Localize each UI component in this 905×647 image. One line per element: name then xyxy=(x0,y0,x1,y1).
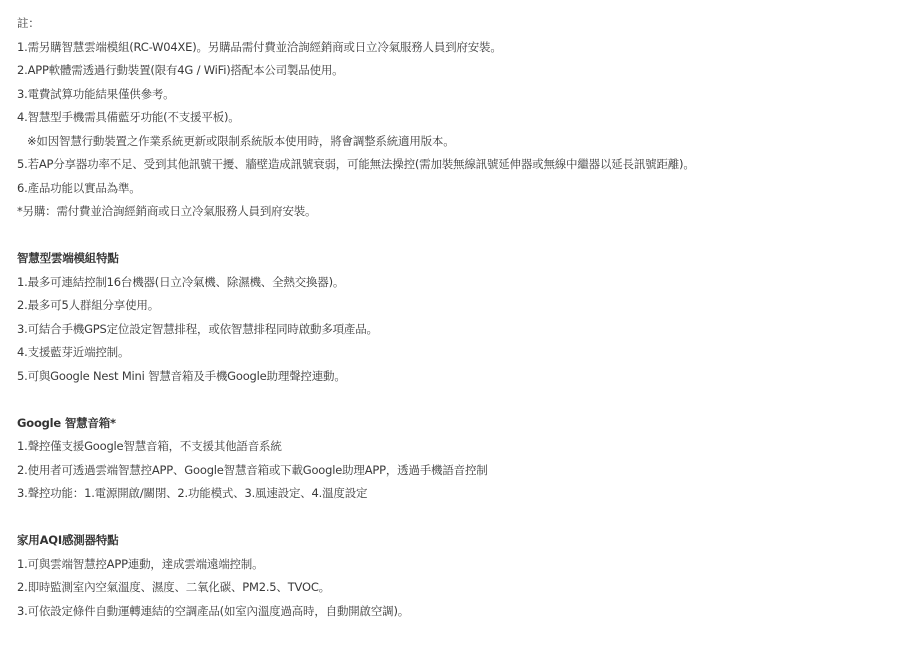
note-item: 4.智慧型手機需具備藍牙功能(不支援平板)。 xyxy=(17,106,905,130)
note-item: 5.若AP分享器功率不足、受到其他訊號干擾、牆壁造成訊號衰弱，可能無法操控(需加… xyxy=(17,153,905,177)
section-spacer xyxy=(17,388,905,412)
note-subitem: ※如因智慧行動裝置之作業系統更新或限制系統版本使用時，將會調整系統適用版本。 xyxy=(17,130,905,154)
feature-item: 3.聲控功能：1.電源開啟/關閉、2.功能模式、3.風速設定、4.溫度設定 xyxy=(17,482,905,506)
feature-item: 1.聲控僅支援Google智慧音箱，不支援其他語音系統 xyxy=(17,435,905,459)
section-spacer xyxy=(17,224,905,248)
feature-item: 2.即時監測室內空氣溫度、濕度、二氧化碳、PM2.5、TVOC。 xyxy=(17,576,905,600)
note-item: 6.產品功能以實品為準。 xyxy=(17,177,905,201)
notes-title: 註： xyxy=(17,12,905,36)
feature-item: 3.可依設定條件自動運轉連結的空調產品(如室內溫度過高時，自動開啟空調)。 xyxy=(17,600,905,624)
note-item: 2.APP軟體需透過行動裝置(限有4G / WiFi)搭配本公司製品使用。 xyxy=(17,59,905,83)
feature-item: 2.最多可5人群組分享使用。 xyxy=(17,294,905,318)
feature-item: 5.可與Google Nest Mini 智慧音箱及手機Google助理聲控連動… xyxy=(17,365,905,389)
product-notes-document: 註： 1.需另購智慧雲端模組(RC-W04XE)。另購品需付費並洽詢經銷商或日立… xyxy=(0,0,905,623)
feature-item: 1.可與雲端智慧控APP連動，達成雲端遠端控制。 xyxy=(17,553,905,577)
note-item: 1.需另購智慧雲端模組(RC-W04XE)。另購品需付費並洽詢經銷商或日立冷氣服… xyxy=(17,36,905,60)
feature-item: 4.支援藍芽近端控制。 xyxy=(17,341,905,365)
note-item: 3.電費試算功能結果僅供參考。 xyxy=(17,83,905,107)
google-speaker-section: Google 智慧音箱* 1.聲控僅支援Google智慧音箱，不支援其他語音系統… xyxy=(17,412,905,506)
feature-item: 2.使用者可透過雲端智慧控APP、Google智慧音箱或下載Google助理AP… xyxy=(17,459,905,483)
note-item: *另購：需付費並洽詢經銷商或日立冷氣服務人員到府安裝。 xyxy=(17,200,905,224)
cloud-module-heading: 智慧型雲端模組特點 xyxy=(17,247,905,271)
notes-section: 註： 1.需另購智慧雲端模組(RC-W04XE)。另購品需付費並洽詢經銷商或日立… xyxy=(17,12,905,224)
google-speaker-heading: Google 智慧音箱* xyxy=(17,412,905,436)
feature-item: 1.最多可連結控制16台機器(日立冷氣機、除濕機、全熱交換器)。 xyxy=(17,271,905,295)
aqi-sensor-section: 家用AQI感測器特點 1.可與雲端智慧控APP連動，達成雲端遠端控制。 2.即時… xyxy=(17,529,905,623)
aqi-sensor-heading: 家用AQI感測器特點 xyxy=(17,529,905,553)
feature-item: 3.可結合手機GPS定位設定智慧排程，或依智慧排程同時啟動多項產品。 xyxy=(17,318,905,342)
section-spacer xyxy=(17,506,905,530)
cloud-module-section: 智慧型雲端模組特點 1.最多可連結控制16台機器(日立冷氣機、除濕機、全熱交換器… xyxy=(17,247,905,388)
